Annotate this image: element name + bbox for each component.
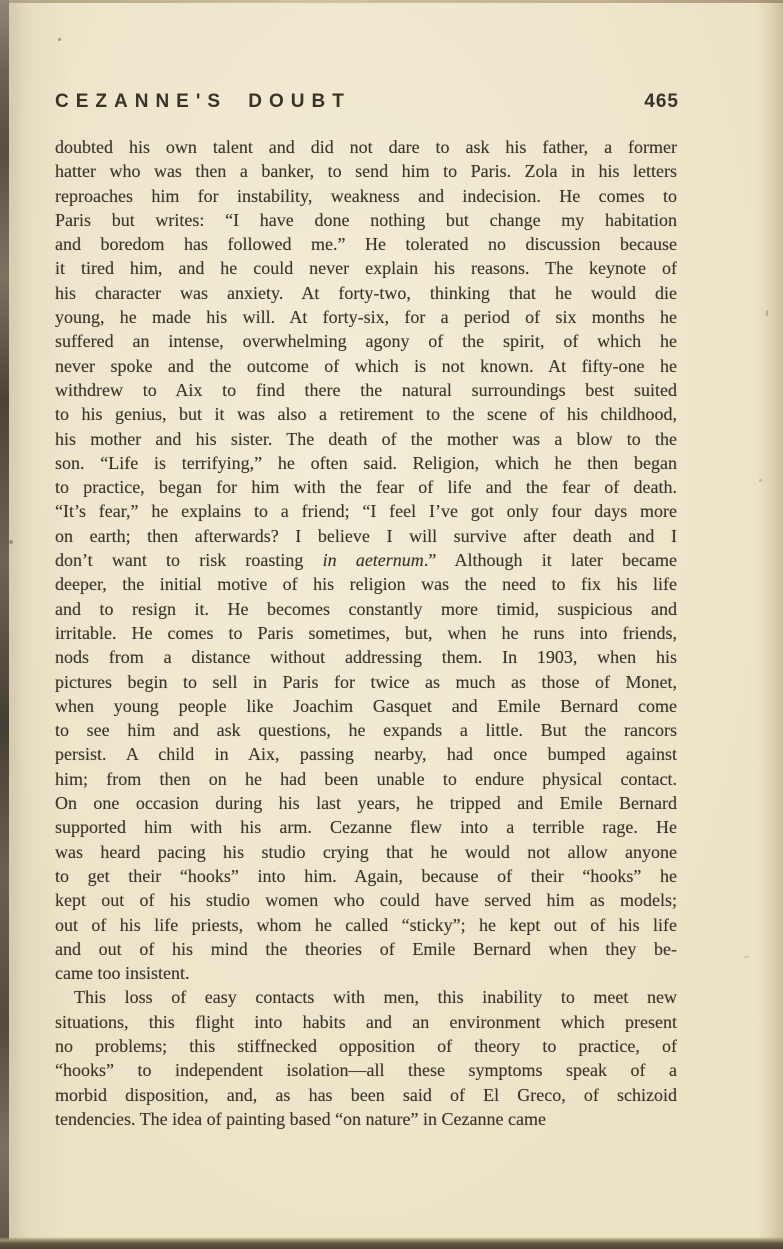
text-line: when young people like Joachim Gasquet a… [55,694,677,718]
text-line: “hooks” to independent isolation—all the… [55,1058,677,1082]
text-line: never spoke and the outcome of which is … [55,354,677,378]
page-edge-left [0,0,9,1249]
paper-speck [759,479,762,482]
running-header: CEZANNE'S DOUBT 465 [55,91,679,113]
page-edge-bottom [0,1237,783,1249]
text-line: “It’s fear,” he explains to a friend; “I… [55,499,677,523]
page-number: 465 [644,91,679,113]
text-line: morbid disposition, and, as has been sai… [55,1083,677,1107]
page-edge-top [0,0,783,3]
text-line: on earth; then afterwards? I believe I w… [55,524,677,548]
text-line: Paris but writes: “I have done nothing b… [55,208,677,232]
text-line: to practice, began for him with the fear… [55,475,677,499]
paper-speck [9,540,13,544]
text-line: tendencies. The idea of painting based “… [55,1107,677,1131]
paper-speck [744,956,749,958]
text-line: came too insistent. [55,961,677,985]
text-block: doubted his own talent and did not dare … [55,135,677,1131]
text-line: persist. A child in Aix, passing nearby,… [55,742,677,766]
text-line: This loss of easy contacts with men, thi… [55,985,677,1009]
text-line: hatter who was then a banker, to send hi… [55,159,677,183]
text-line: doubted his own talent and did not dare … [55,135,677,159]
text-line: irritable. He comes to Paris sometimes, … [55,621,677,645]
text-line: don’t want to risk roasting in aeternum.… [55,548,677,572]
text-line: son. “Life is terrifying,” he often said… [55,451,677,475]
text-line: to his genius, but it was also a retirem… [55,402,677,426]
text-line: his mother and his sister. The death of … [55,427,677,451]
book-page: CEZANNE'S DOUBT 465 doubted his own tale… [0,0,783,1249]
paper-speck [766,310,768,316]
text-line: situations, this flight into habits and … [55,1010,677,1034]
text-line: deeper, the initial motive of his religi… [55,572,677,596]
text-line: On one occasion during his last years, h… [55,791,677,815]
text-line: out of his life priests, whom he called … [55,913,677,937]
text-line: him; from then on he had been unable to … [55,767,677,791]
text-line: reproaches him for instability, weakness… [55,184,677,208]
paper-speck [352,1122,356,1125]
text-line: pictures begin to sell in Paris for twic… [55,670,677,694]
text-line: supported him with his arm. Cezanne flew… [55,815,677,839]
text-line: and boredom has followed me.” He tolerat… [55,232,677,256]
text-line: and out of his mind the theories of Emil… [55,937,677,961]
page-title: CEZANNE'S DOUBT [55,91,351,113]
text-line: no problems; this stiffnecked opposition… [55,1034,677,1058]
text-line: young, he made his will. At forty-six, f… [55,305,677,329]
text-line: withdrew to Aix to find there the natura… [55,378,677,402]
paragraph: doubted his own talent and did not dare … [55,135,677,985]
text-line: nods from a distance without addressing … [55,645,677,669]
paper-speck [58,38,61,41]
text-line: to get their “hooks” into him. Again, be… [55,864,677,888]
text-line: his character was anxiety. At forty-two,… [55,281,677,305]
page-edge-right [757,0,783,1249]
text-line: was heard pacing his studio crying that … [55,840,677,864]
text-line: suffered an intense, overwhelming agony … [55,329,677,353]
text-line: and to resign it. He becomes constantly … [55,597,677,621]
text-line: it tired him, and he could never explain… [55,256,677,280]
paragraph: This loss of easy contacts with men, thi… [55,985,677,1131]
text-line: kept out of his studio women who could h… [55,888,677,912]
text-line: to see him and ask questions, he expands… [55,718,677,742]
